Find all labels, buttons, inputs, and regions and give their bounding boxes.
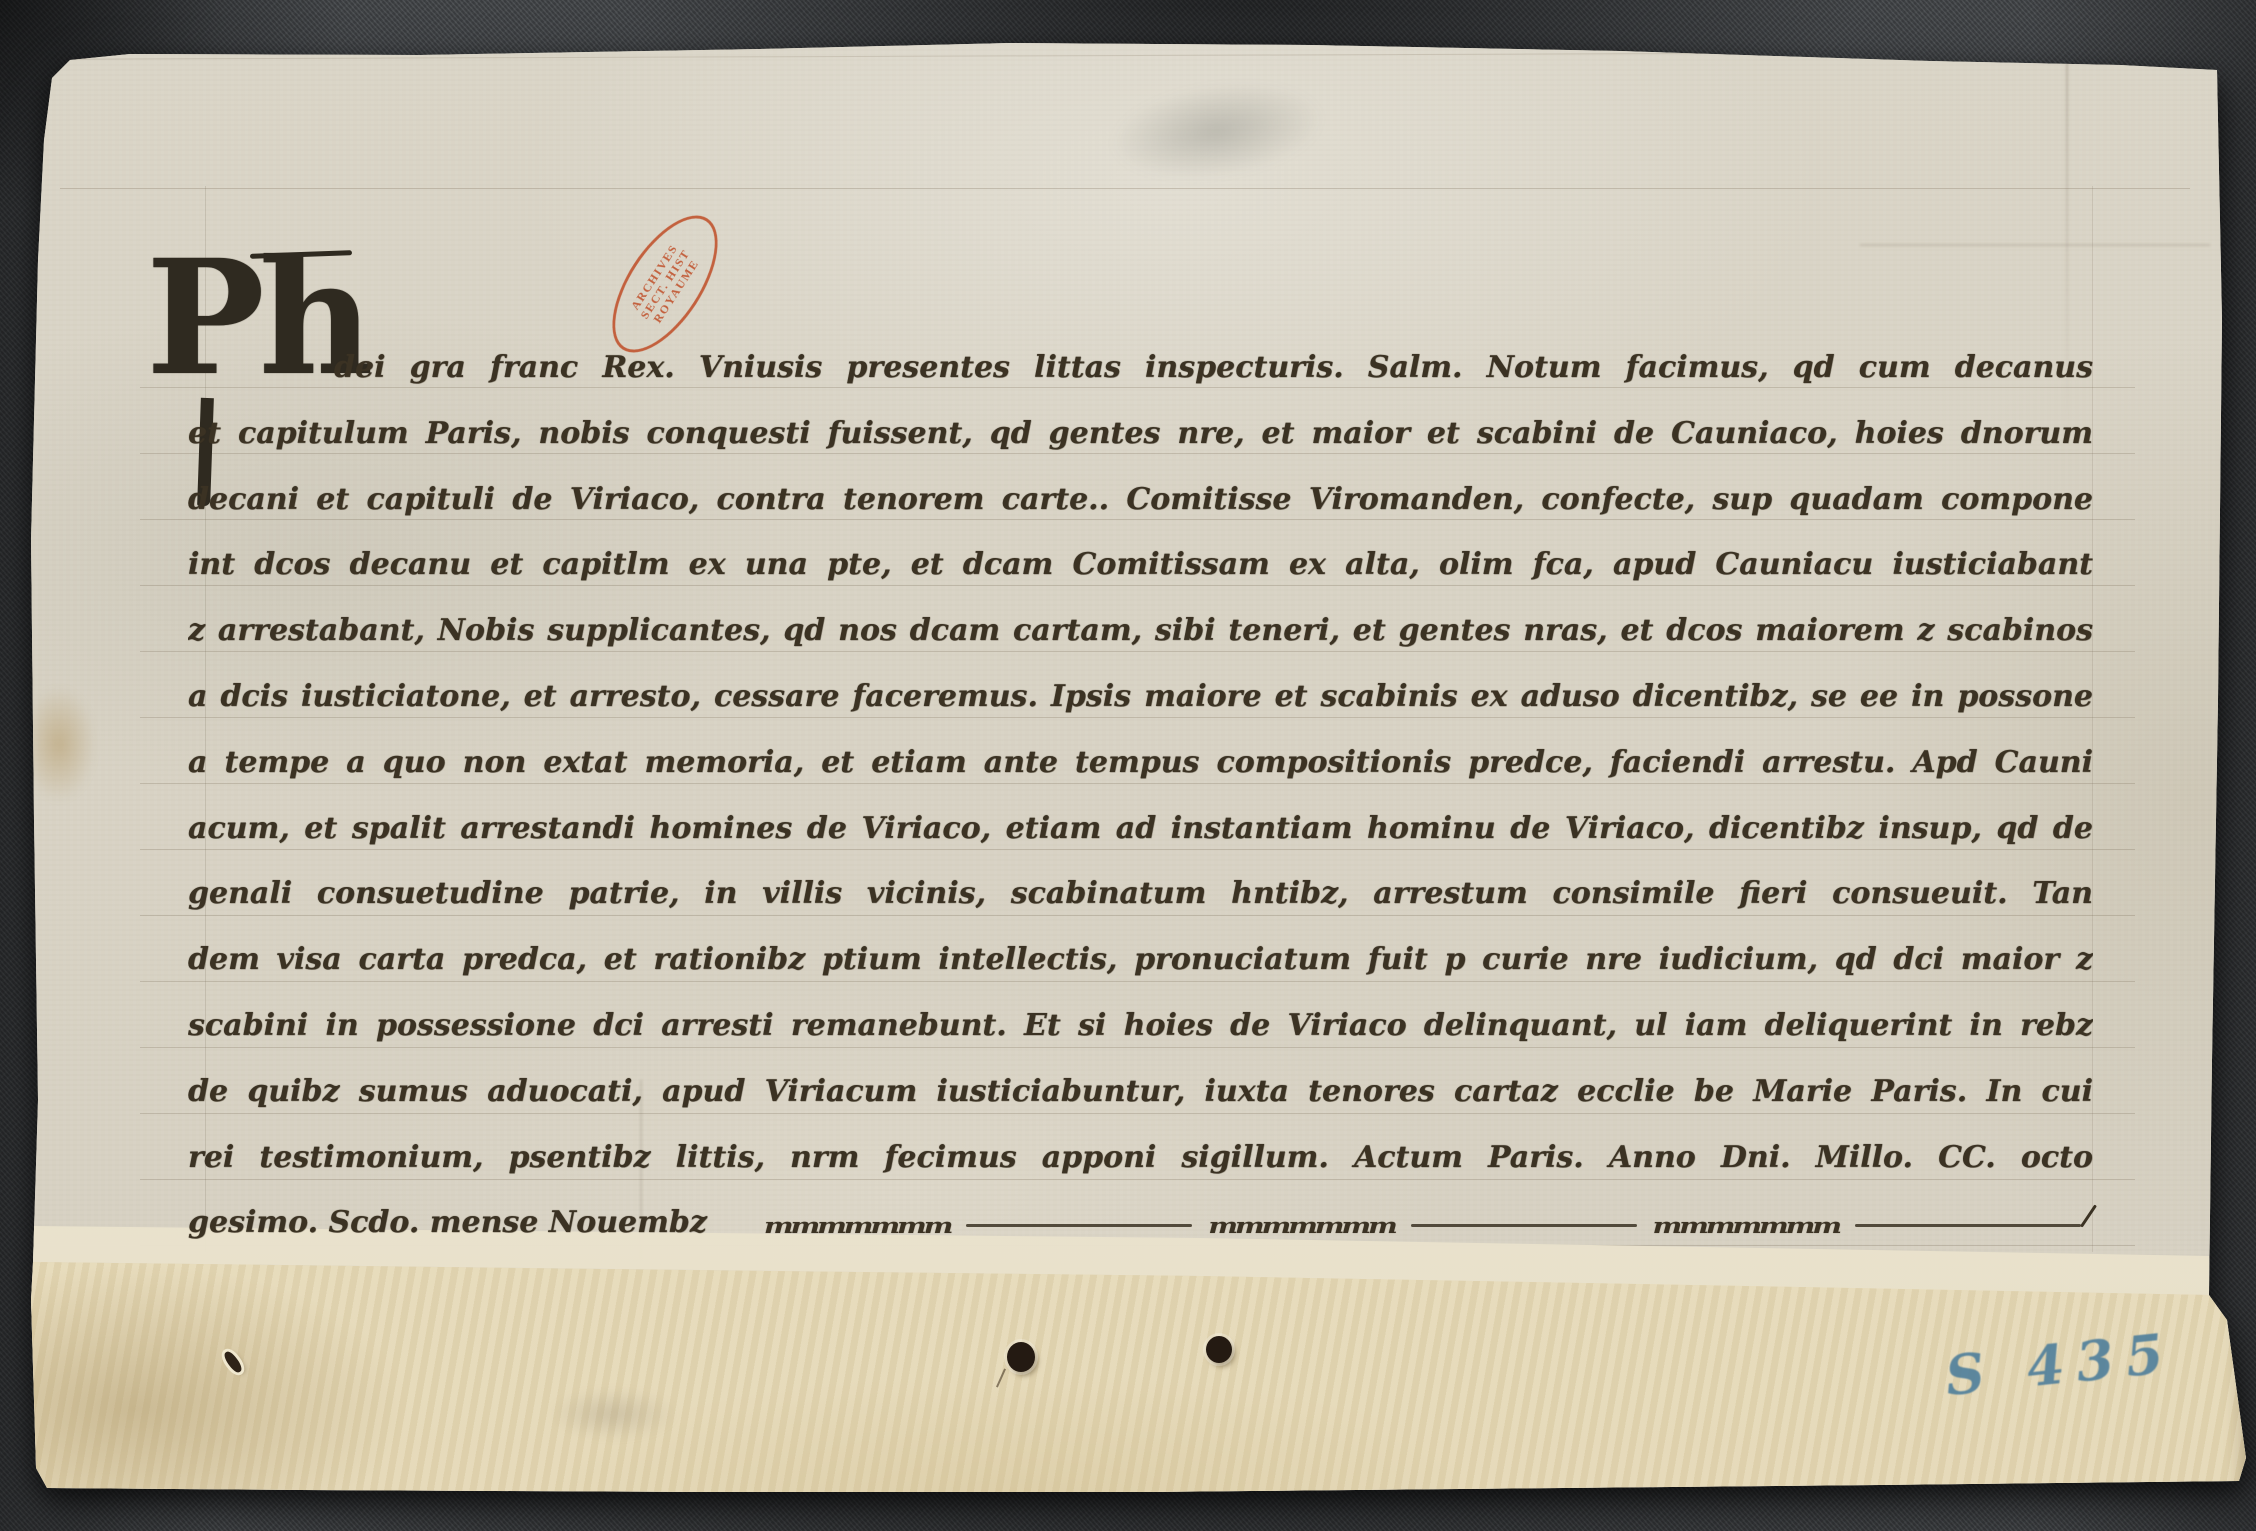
manuscript-line: dei gra franc Rex. Vniusis presentes lit… [188, 335, 2093, 401]
manuscript-line: acum, et spalit arrestandi homines de Vi… [188, 796, 2093, 862]
filler-rule [1411, 1224, 1637, 1227]
ink-showthrough-smudge [1107, 72, 1327, 190]
manuscript-line: z arrestabant, Nobis supplicantes, qd no… [188, 598, 2093, 664]
manuscript-line: scabini in possessione dci arresti reman… [188, 993, 2093, 1059]
parchment-charter: ARCHIVES SECT. HIST ROYAUME Ph dei gra f… [0, 0, 2256, 1531]
fold-crease-horizontal [1860, 244, 2210, 246]
manuscript-line: a tempe a quo non extat memoria, et etia… [188, 730, 2093, 796]
parchment-shadow-wrap: ARCHIVES SECT. HIST ROYAUME Ph dei gra f… [0, 0, 2256, 1531]
filler-rule [1855, 1224, 2081, 1227]
ruling-line-top-edge [60, 51, 2200, 59]
stain-plica [548, 1388, 678, 1440]
manuscript-line: rei testimonium, psentibz littis, nrm fe… [188, 1125, 2093, 1191]
manuscript-line: int dcos decanu et capitlm ex una pte, e… [188, 532, 2093, 598]
manuscript-line: decani et capituli de Viriaco, contra te… [188, 467, 2093, 533]
filler-end-hook [2080, 1204, 2097, 1227]
seal-hole-right [1206, 1336, 1232, 1363]
ruling-line-top [60, 188, 2190, 189]
filler-squiggle: mmmmmmm [764, 1212, 950, 1238]
manuscript-line: a dcis iusticiatone, et arresto, cessare… [188, 664, 2093, 730]
manuscript-line: genali consuetudine patrie, in villis vi… [188, 861, 2093, 927]
line-fillers: mmmmmmm mmmmmmm mmmmmmm [764, 1196, 2090, 1254]
filler-rule [966, 1224, 1192, 1227]
manuscript-line: et capitulum Paris, nobis conquesti fuis… [188, 401, 2093, 467]
filler-squiggle: mmmmmmm [1208, 1212, 1394, 1238]
filler-squiggle: mmmmmmm [1653, 1212, 1839, 1238]
stain-left-edge [22, 686, 96, 802]
manuscript-line: dem visa carta predca, et rationibz ptiu… [188, 927, 2093, 993]
manuscript-text-block: dei gra franc Rex. Vniusis presentes lit… [188, 335, 2093, 1256]
manuscript-line: de quibz sumus aduocati, apud Viriacum i… [188, 1059, 2093, 1125]
seal-hole-left [1007, 1342, 1035, 1372]
photo-backdrop: ARCHIVES SECT. HIST ROYAUME Ph dei gra f… [0, 0, 2256, 1531]
